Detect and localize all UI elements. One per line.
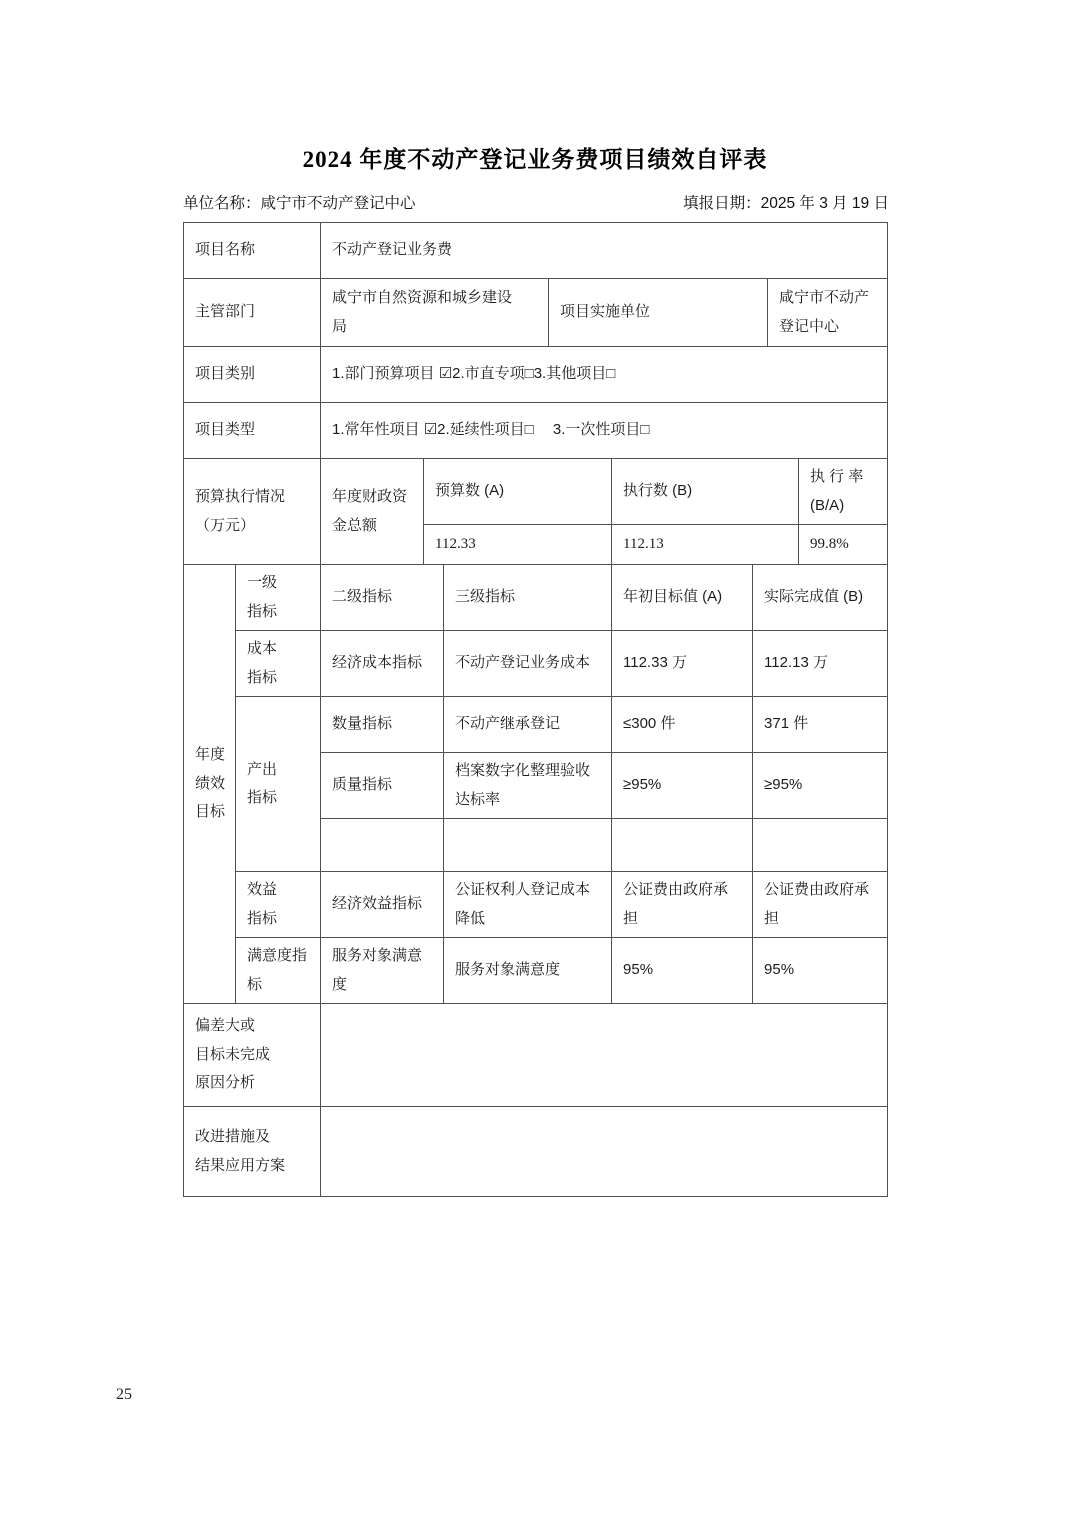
- benefit-target: 公证费由政府承 担: [612, 872, 753, 938]
- row-type: 项目类型 1.常年性项目 ☑2.延续性项目□ 3.一次性项目□: [184, 403, 888, 459]
- benefit-l3: 公证权利人登记成本 降低: [444, 872, 612, 938]
- row-category: 项目类别 1.部门预算项目 ☑2.市直专项□3.其他项目□: [184, 347, 888, 403]
- category-value: 1.部门预算项目 ☑2.市直专项□3.其他项目□: [321, 347, 888, 403]
- budget-a-label: 预算数 (A): [424, 459, 612, 525]
- header-target: 年初目标值 (A): [612, 565, 753, 631]
- quality-l3: 档案数字化整理验收 达标率: [444, 753, 612, 819]
- impl-unit-value: 咸宁市不动产 登记中心: [768, 279, 888, 347]
- quantity-target: ≤300 件: [612, 697, 753, 753]
- meta-row: 单位名称：咸宁市不动产登记中心 填报日期：2025 年 3 月 19 日: [183, 191, 889, 213]
- row-cost-indicator: 成本 指标 经济成本指标 不动产登记业务成本 112.33 万 112.13 万: [184, 631, 888, 697]
- cost-l2: 经济成本指标: [321, 631, 444, 697]
- category-label: 项目类别: [184, 347, 321, 403]
- improvement-value: [321, 1107, 888, 1197]
- document-title: 2024 年度不动产登记业务费项目绩效自评表: [183, 141, 887, 174]
- budget-fund-label: 年度财政资 金总额: [321, 459, 424, 565]
- budget-label: 预算执行情况 （万元）: [184, 459, 321, 565]
- page-number: 25: [116, 1386, 132, 1404]
- project-name-label: 项目名称: [184, 223, 321, 279]
- benefit-actual: 公证费由政府承 担: [753, 872, 888, 938]
- budget-rate-value: 99.8%: [799, 525, 888, 565]
- benefit-l2: 经济效益指标: [321, 872, 444, 938]
- type-value: 1.常年性项目 ☑2.延续性项目□ 3.一次性项目□: [321, 403, 888, 459]
- empty-target: [612, 819, 753, 872]
- cost-l3: 不动产登记业务成本: [444, 631, 612, 697]
- satisfaction-target: 95%: [612, 938, 753, 1004]
- header-actual: 实际完成值 (B): [753, 565, 888, 631]
- quality-actual: ≥95%: [753, 753, 888, 819]
- benefit-l1: 效益 指标: [236, 872, 321, 938]
- quality-target: ≥95%: [612, 753, 753, 819]
- satisfaction-actual: 95%: [753, 938, 888, 1004]
- header-level2: 二级指标: [321, 565, 444, 631]
- header-level1: 一级 指标: [236, 565, 321, 631]
- quantity-l2: 数量指标: [321, 697, 444, 753]
- document-page: 2024 年度不动产登记业务费项目绩效自评表 单位名称：咸宁市不动产登记中心 填…: [0, 0, 1074, 1520]
- cost-l1: 成本 指标: [236, 631, 321, 697]
- row-project-name: 项目名称 不动产登记业务费: [184, 223, 888, 279]
- impl-unit-label: 项目实施单位: [549, 279, 768, 347]
- budget-a-value: 112.33: [424, 525, 612, 565]
- header-level3: 三级指标: [444, 565, 612, 631]
- quality-l2: 质量指标: [321, 753, 444, 819]
- improvement-label: 改进措施及 结果应用方案: [184, 1107, 321, 1197]
- empty-l3: [444, 819, 612, 872]
- satisfaction-l2: 服务对象满意 度: [321, 938, 444, 1004]
- satisfaction-l1: 满意度指 标: [236, 938, 321, 1004]
- deviation-value: [321, 1004, 888, 1107]
- fill-date-label: 填报日期：2025 年 3 月 19 日: [683, 191, 889, 213]
- cost-actual: 112.13 万: [753, 631, 888, 697]
- satisfaction-l3: 服务对象满意度: [444, 938, 612, 1004]
- empty-l2: [321, 819, 444, 872]
- project-name-value: 不动产登记业务费: [321, 223, 888, 279]
- evaluation-table: 项目名称 不动产登记业务费 主管部门 咸宁市自然资源和城乡建设 局 项目实施单位…: [183, 222, 888, 1197]
- cost-target: 112.33 万: [612, 631, 753, 697]
- deviation-label: 偏差大或 目标未完成 原因分析: [184, 1004, 321, 1107]
- row-benefit-indicator: 效益 指标 经济效益指标 公证权利人登记成本 降低 公证费由政府承 担 公证费由…: [184, 872, 888, 938]
- type-label: 项目类型: [184, 403, 321, 459]
- row-dept: 主管部门 咸宁市自然资源和城乡建设 局 项目实施单位 咸宁市不动产 登记中心: [184, 279, 888, 347]
- budget-rate-label: 执 行 率 (B/A): [799, 459, 888, 525]
- row-improvement: 改进措施及 结果应用方案: [184, 1107, 888, 1197]
- row-satisfaction-indicator: 满意度指 标 服务对象满意 度 服务对象满意度 95% 95%: [184, 938, 888, 1004]
- budget-b-value: 112.13: [612, 525, 799, 565]
- row-budget-header: 预算执行情况 （万元） 年度财政资 金总额 预算数 (A) 执行数 (B) 执 …: [184, 459, 888, 525]
- row-deviation: 偏差大或 目标未完成 原因分析: [184, 1004, 888, 1107]
- unit-name-label: 单位名称：咸宁市不动产登记中心: [183, 191, 416, 213]
- quantity-actual: 371 件: [753, 697, 888, 753]
- row-quantity-indicator: 产出 指标 数量指标 不动产继承登记 ≤300 件 371 件: [184, 697, 888, 753]
- dept-value: 咸宁市自然资源和城乡建设 局: [321, 279, 549, 347]
- quantity-l3: 不动产继承登记: [444, 697, 612, 753]
- output-l1: 产出 指标: [236, 697, 321, 872]
- empty-actual: [753, 819, 888, 872]
- budget-b-label: 执行数 (B): [612, 459, 799, 525]
- dept-label: 主管部门: [184, 279, 321, 347]
- row-indicator-header: 年度 绩效 目标 一级 指标 二级指标 三级指标 年初目标值 (A) 实际完成值…: [184, 565, 888, 631]
- annual-goal-label: 年度 绩效 目标: [184, 565, 236, 1004]
